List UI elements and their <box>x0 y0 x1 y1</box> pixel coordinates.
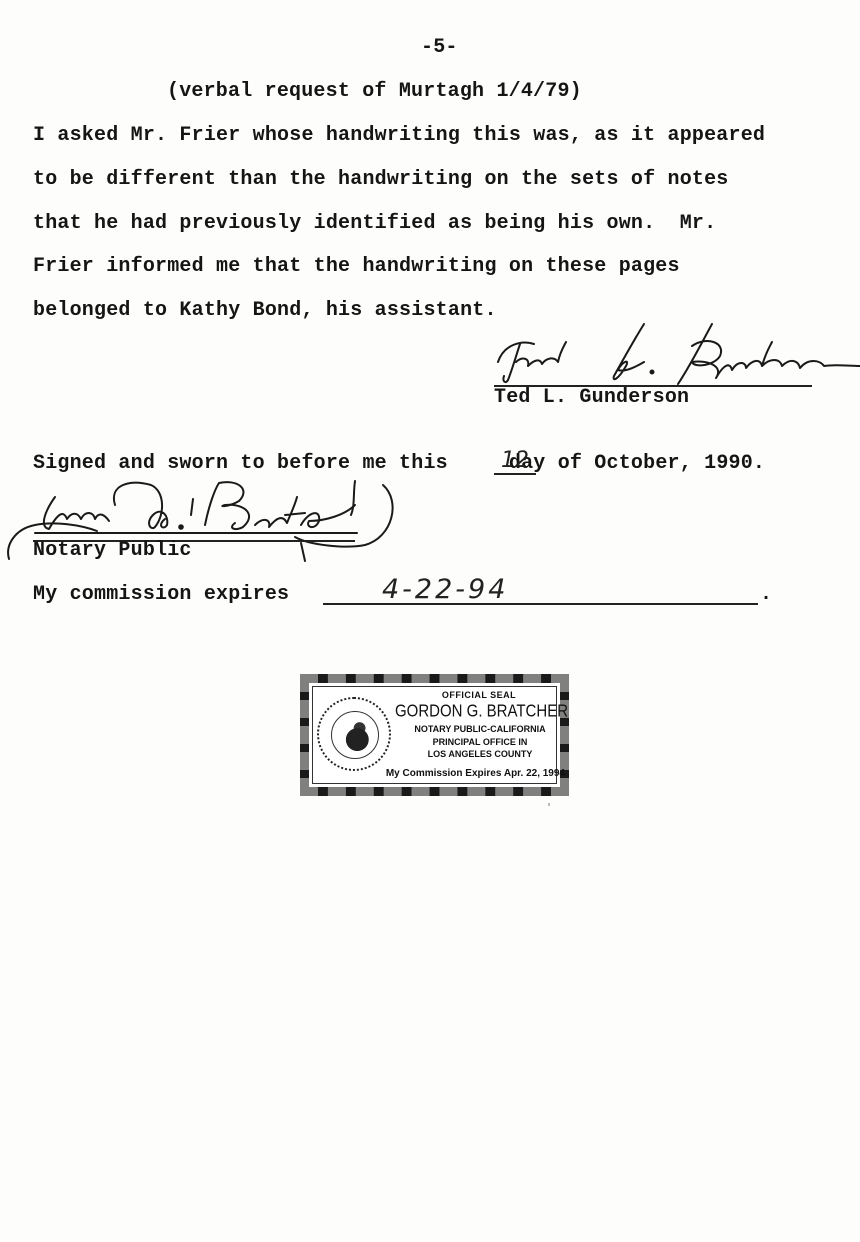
jurat-text: Signed and sworn to before me this day o… <box>33 452 765 475</box>
notary-label: Notary Public <box>33 539 192 562</box>
body-line: that he had previously identified as bei… <box>33 212 716 235</box>
seal-line-1: NOTARY PUBLIC-CALIFORNIA <box>395 725 565 734</box>
body-line: I asked Mr. Frier whose handwriting this… <box>33 124 765 147</box>
jurat-suffix: day of October, 1990. <box>509 452 765 475</box>
seal-notary-name: GORDON G. BRATCHER <box>395 703 565 720</box>
body-line: belonged to Kathy Bond, his assistant. <box>33 299 497 322</box>
scan-speck <box>548 803 550 806</box>
commission-date-handwritten: 4-22-94 <box>382 574 508 605</box>
seal-line-2: PRINCIPAL OFFICE IN <box>395 738 565 747</box>
commission-date-line <box>323 603 758 605</box>
seal-expiration: My Commission Expires Apr. 22, 1994 <box>349 769 565 779</box>
jurat-day-handwritten: 12 <box>494 449 536 475</box>
jurat-prefix: Signed and sworn to before me this <box>33 452 448 475</box>
seal-line-3: LOS ANGELES COUNTY <box>395 750 565 759</box>
body-line: to be different than the handwriting on … <box>33 168 729 191</box>
page-number: -5- <box>421 36 458 59</box>
seal-title: OFFICIAL SEAL <box>399 691 559 700</box>
commission-period: . <box>760 583 772 606</box>
document-subtitle: (verbal request of Murtagh 1/4/79) <box>167 80 582 103</box>
affiant-signature-icon <box>494 322 860 392</box>
notary-seal-stamp: OFFICIAL SEAL GORDON G. BRATCHER NOTARY … <box>300 674 569 796</box>
body-line: Frier informed me that the handwriting o… <box>33 255 680 278</box>
affiant-printed-name: Ted L. Gunderson <box>494 386 689 409</box>
commission-label: My commission expires <box>33 583 289 606</box>
state-seal-emblem-core <box>331 711 379 759</box>
state-seal-emblem-icon <box>317 697 391 771</box>
